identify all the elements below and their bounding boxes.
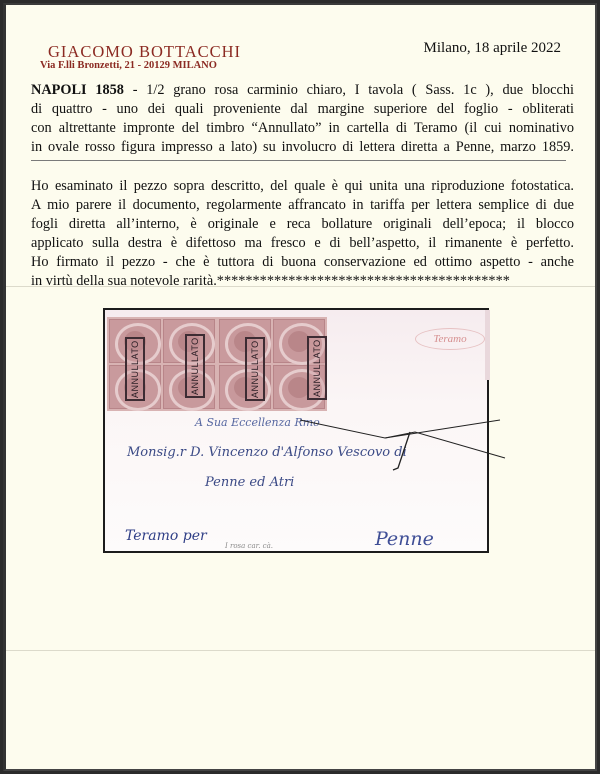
annullato-cancel: ANNULLATO xyxy=(307,336,327,400)
annullato-cancel: ANNULLATO xyxy=(245,337,265,401)
certificate-line-4: applicato sulla destra è difettoso ma fr… xyxy=(31,234,574,253)
certificate-text: Ho esaminato il pezzo sopra descritto, d… xyxy=(31,177,574,291)
description-line-4: in ovale rosso figura impresso a lato) s… xyxy=(31,138,574,157)
pencil-note: I rosa car. cà. xyxy=(225,542,273,550)
annullato-cancel: ANNULLATO xyxy=(185,334,205,398)
cover-fold-edge xyxy=(485,310,490,380)
address-line-3: Penne ed Atri xyxy=(205,475,294,490)
description-line-2: di quattro - uno dei quali proveniente d… xyxy=(31,100,574,119)
red-oval-postmark: Teramo xyxy=(415,328,485,350)
lot-description: NAPOLI 1858 - 1/2 grano rosa carminio ch… xyxy=(31,81,574,157)
certificate-line-5: Ho firmato il pezzo - che è tuttora di b… xyxy=(31,253,574,272)
origin-note: Teramo per xyxy=(125,528,207,544)
certificate-line-1: Ho esaminato il pezzo sopra descritto, d… xyxy=(31,177,574,196)
fold-line-bottom xyxy=(6,650,595,651)
certificate-line-6: in virtù della sua notevole rarità.*****… xyxy=(31,272,574,291)
description-title: NAPOLI 1858 xyxy=(31,82,124,98)
description-line-3: con altrettante impronte del timbro “Ann… xyxy=(31,119,574,138)
certificate-line-2: A mio parere il documento, regolarmente … xyxy=(31,196,574,215)
dealer-name: GIACOMO BOTTACCHI xyxy=(48,42,241,62)
divider xyxy=(31,160,566,161)
place-date: Milano, 18 aprile 2022 xyxy=(424,40,561,57)
certificate-line-3: fogli diretta all’interno, è originale e… xyxy=(31,215,574,234)
destination: Penne xyxy=(375,528,434,550)
signature-scribble-icon xyxy=(290,410,510,480)
annullato-cancel: ANNULLATO xyxy=(125,337,145,401)
dealer-address: Via F.lli Bronzetti, 21 - 20129 MILANO xyxy=(40,60,217,71)
description-line-1: NAPOLI 1858 - 1/2 grano rosa carminio ch… xyxy=(31,81,574,100)
